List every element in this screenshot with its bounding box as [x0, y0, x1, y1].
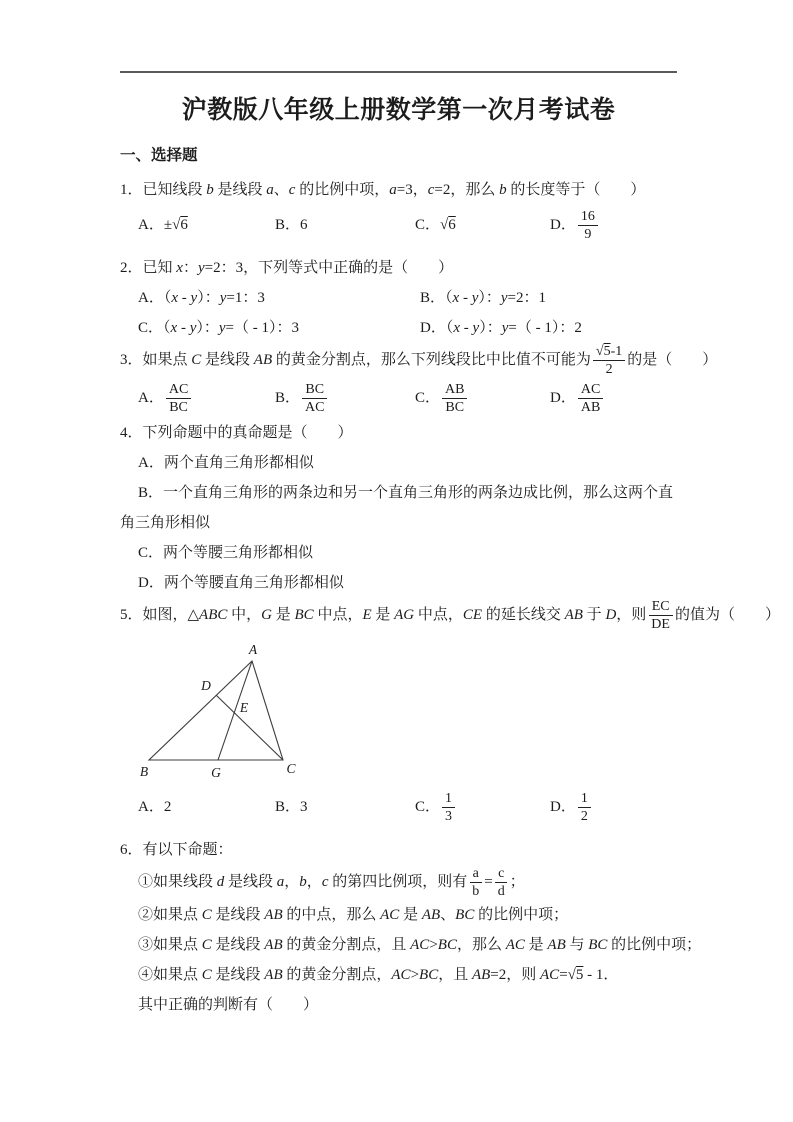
question-2-stem: 2．已知 x：y=2：3，下列等式中正确的是（ ）	[120, 253, 677, 283]
page-content: 沪教版八年级上册数学第一次月考试卷 一、选择题 1．已知线段 b 是线段 a、c…	[120, 71, 677, 1020]
question-2-options-row-2: C．（x - y）：y=（ - 1）：3 D．（x - y）：y=（ - 1）：…	[120, 313, 677, 343]
figure-label-b: B	[140, 764, 148, 779]
figure-label-g: G	[211, 765, 221, 780]
question-3-option-a: A．ACBC	[138, 381, 275, 416]
question-1-stem: 1．已知线段 b 是线段 a、c 的比例中项，a=3，c=2，那么 b 的长度等…	[120, 175, 677, 205]
question-5: 5．如图，△ABC 中，G 是 BC 中点，E 是 AG 中点，CE 的延长线交…	[120, 598, 677, 827]
question-2: 2．已知 x：y=2：3，下列等式中正确的是（ ） A．（x - y）：y=1：…	[120, 253, 677, 343]
question-6-stem: 6．有以下命题：	[120, 835, 677, 865]
triangle-figure: A B C G D E	[130, 635, 320, 787]
question-2-options-row-1: A．（x - y）：y=1：3 B．（x - y）：y=2：1	[120, 283, 677, 313]
question-1-option-c: C．√6	[415, 215, 550, 235]
question-5-option-b: B．3	[275, 797, 415, 817]
question-1-options: A．±√6 B．6 C．√6 D．169	[120, 205, 677, 245]
question-3-option-c: C．ABBC	[415, 381, 550, 416]
question-5-option-a: A．2	[138, 797, 275, 817]
question-2-option-b: B．（x - y）：y=2：1	[420, 283, 677, 313]
question-1-option-b: B．6	[275, 215, 415, 235]
question-4-option-c: C．两个等腰三角形都相似	[120, 538, 677, 568]
triangle-abc	[149, 661, 283, 760]
question-6-proposition-3: ③如果点 C 是线段 AB 的黄金分割点，且 AC>BC，那么 AC 是 AB …	[120, 930, 677, 960]
question-3-stem: 3．如果点 C 是线段 AB 的黄金分割点，那么下列线段比中比值不可能为√5-1…	[120, 343, 677, 378]
question-3-options: A．ACBC B．BCAC C．ABBC D．ACAB	[120, 378, 677, 418]
question-1-option-a: A．±√6	[138, 215, 275, 235]
question-5-stem: 5．如图，△ABC 中，G 是 BC 中点，E 是 AG 中点，CE 的延长线交…	[120, 598, 677, 633]
question-2-option-a: A．（x - y）：y=1：3	[138, 283, 420, 313]
question-6: 6．有以下命题： ①如果线段 d 是线段 a，b，c 的第四比例项，则有ab=c…	[120, 835, 677, 1020]
question-4-option-b: B．一个直角三角形的两条边和另一个直角三角形的两条边成比例，那么这两个直角三角形…	[120, 478, 677, 538]
triangle-lines	[149, 661, 283, 760]
top-rule	[120, 71, 677, 73]
figure-label-d: D	[200, 678, 211, 693]
question-6-proposition-2: ②如果点 C 是线段 AB 的中点，那么 AC 是 AB、BC 的比例中项；	[120, 900, 677, 930]
question-4-option-a: A．两个直角三角形都相似	[120, 448, 677, 478]
question-5-option-d: D．12	[550, 790, 677, 825]
question-3-option-d: D．ACAB	[550, 381, 677, 416]
section-heading: 一、选择题	[120, 147, 677, 165]
question-6-closing: 其中正确的判断有（ ）	[120, 990, 677, 1020]
question-2-option-c: C．（x - y）：y=（ - 1）：3	[138, 313, 420, 343]
question-5-option-c: C．13	[415, 790, 550, 825]
exam-page: 沪教版八年级上册数学第一次月考试卷 一、选择题 1．已知线段 b 是线段 a、c…	[0, 0, 793, 1122]
question-6-proposition-4: ④如果点 C 是线段 AB 的黄金分割点，AC>BC，且 AB=2，则 AC=√…	[120, 960, 677, 990]
question-5-options: A．2 B．3 C．13 D．12	[120, 787, 677, 827]
question-1-option-d: D．169	[550, 208, 677, 243]
question-6-proposition-1: ①如果线段 d 是线段 a，b，c 的第四比例项，则有ab=cd；	[120, 865, 677, 900]
figure-label-e: E	[239, 700, 249, 715]
question-4-stem: 4．下列命题中的真命题是（ ）	[120, 418, 677, 448]
page-title: 沪教版八年级上册数学第一次月考试卷	[120, 94, 677, 127]
figure-label-c: C	[286, 761, 296, 776]
question-4-option-d: D．两个等腰直角三角形都相似	[120, 568, 677, 598]
question-3: 3．如果点 C 是线段 AB 的黄金分割点，那么下列线段比中比值不可能为√5-1…	[120, 343, 677, 418]
question-3-option-b: B．BCAC	[275, 381, 415, 416]
question-4: 4．下列命题中的真命题是（ ） A．两个直角三角形都相似 B．一个直角三角形的两…	[120, 418, 677, 598]
question-2-option-d: D．（x - y）：y=（ - 1）：2	[420, 313, 677, 343]
question-1: 1．已知线段 b 是线段 a、c 的比例中项，a=3，c=2，那么 b 的长度等…	[120, 175, 677, 245]
figure-label-a: A	[248, 642, 258, 657]
